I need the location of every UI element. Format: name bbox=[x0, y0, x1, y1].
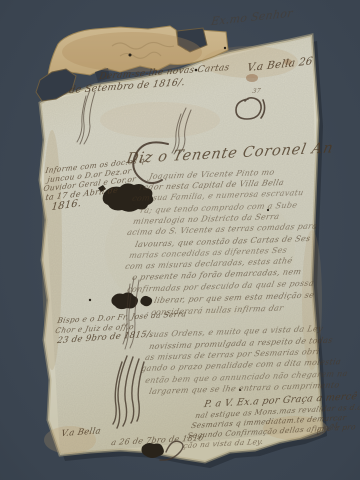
body-opening: Diz o Tenente Coronel An bbox=[125, 141, 334, 166]
body-line: liberar, por que sem esta medição se bbox=[153, 291, 315, 305]
margin-note-line: 1816. bbox=[51, 199, 82, 213]
salutation: Ex.mo Senhor bbox=[210, 7, 293, 27]
footer-place: V.a Bella bbox=[60, 427, 101, 438]
secretary-number: 37 bbox=[252, 88, 261, 95]
date-line: de Setembro de 1816/. bbox=[68, 78, 186, 96]
photo-backdrop: Ex.mo Senhor Deram-se-lhe novas Cartas V… bbox=[0, 0, 360, 480]
place-line: V.a Bella 26 bbox=[246, 56, 313, 74]
manuscript-text-layer: Ex.mo Senhor Deram-se-lhe novas Cartas V… bbox=[0, 0, 360, 480]
